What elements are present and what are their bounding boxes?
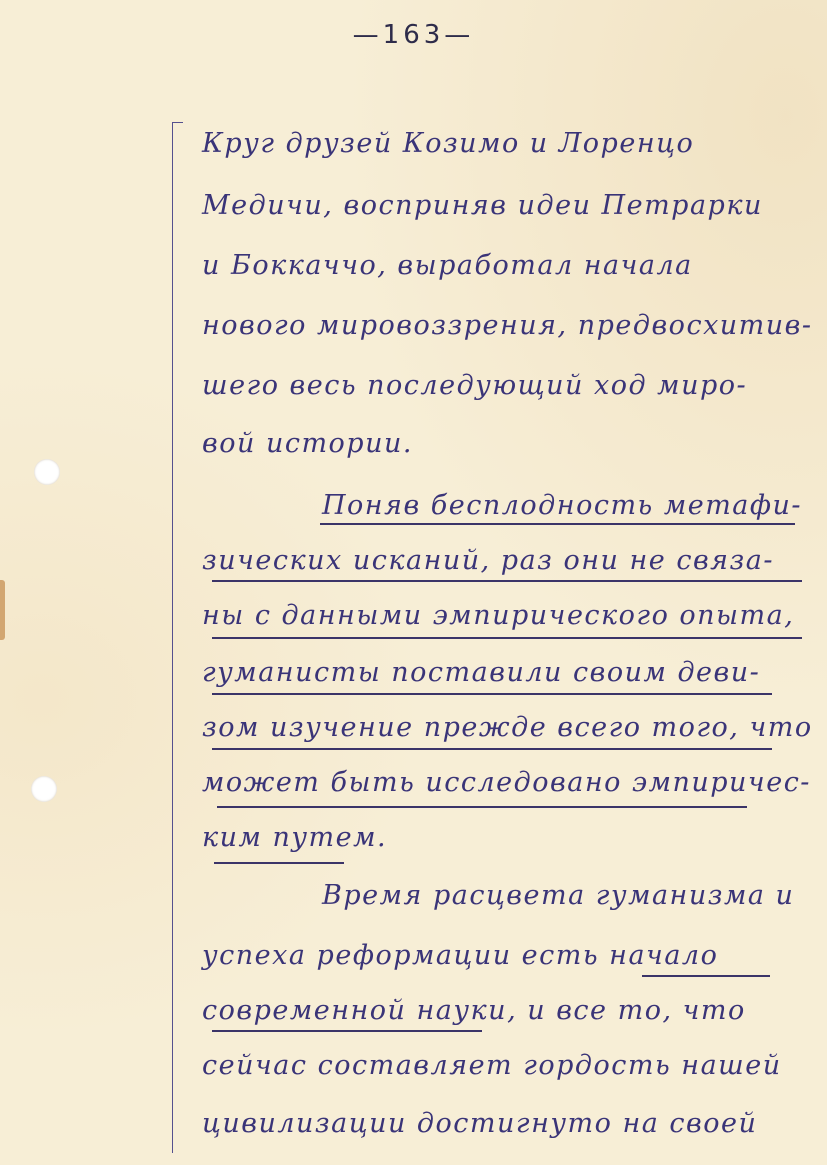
underline <box>212 1030 482 1032</box>
underline <box>642 975 770 977</box>
text-line: и Боккаччо, выработал начала <box>202 250 693 281</box>
underline <box>212 693 772 695</box>
page-number: —163— <box>0 20 827 50</box>
text-line: гуманисты поставили своим деви- <box>202 657 760 688</box>
underline <box>212 580 802 582</box>
underline <box>217 806 747 808</box>
text-line: успеха реформации есть начало <box>202 940 718 971</box>
punch-hole <box>31 776 57 802</box>
text-line: нового мировоззрения, предвосхитив- <box>202 310 813 341</box>
text-line: сейчас составляет гордость нашей <box>202 1050 782 1081</box>
text-line: шего весь последующий ход миро- <box>202 370 747 401</box>
underline <box>320 523 795 525</box>
text-line: Время расцвета гуманизма и <box>202 880 794 911</box>
text-line: Поняв бесплодность метафи- <box>202 490 802 521</box>
underline <box>212 748 772 750</box>
text-line: может быть исследовано эмпиричес- <box>202 767 811 798</box>
paper-stain <box>0 580 5 640</box>
margin-bracket <box>172 122 183 1153</box>
text-line: Круг друзей Козимо и Лоренцо <box>202 128 694 159</box>
underline <box>212 637 802 639</box>
text-line: современной науки, и все то, что <box>202 995 746 1026</box>
text-line: ким путем. <box>202 822 387 853</box>
manuscript-page: —163— Круг друзей Козимо и Лоренцо Медич… <box>0 0 827 1165</box>
text-line: цивилизации достигнуто на своей <box>202 1108 757 1139</box>
text-line: Медичи, восприняв идеи Петрарки <box>202 190 763 221</box>
text-line: ны с данными эмпирического опыта, <box>202 600 794 631</box>
text-line: вой истории. <box>202 428 413 459</box>
text-line: зом изучение прежде всего того, что <box>202 712 813 743</box>
text-line: зических исканий, раз они не связа- <box>202 545 774 576</box>
punch-hole <box>34 459 60 485</box>
underline <box>214 862 344 864</box>
